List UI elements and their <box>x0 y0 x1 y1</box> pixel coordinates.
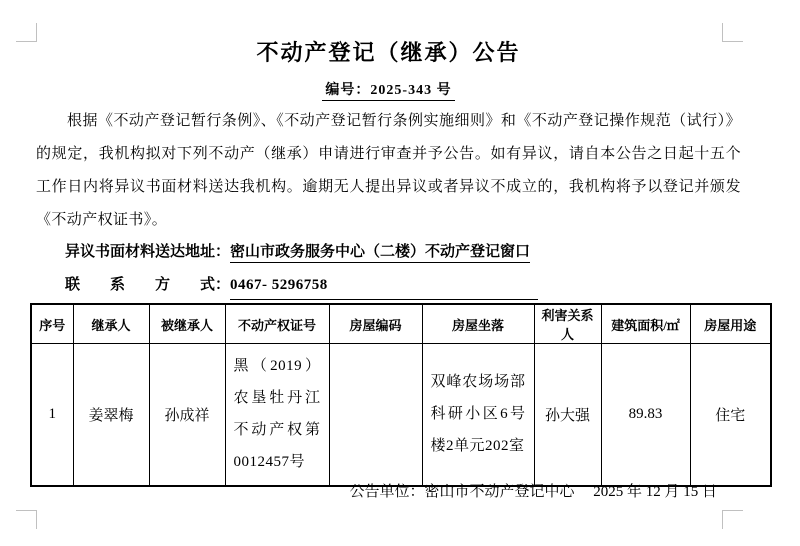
contact-line: 联 系 方 式：0467- 5296758 <box>36 273 741 300</box>
page-margin-mark-top-left <box>16 23 37 42</box>
cell-decedent: 孙成祥 <box>149 344 225 486</box>
contact-label: 联 系 方 式： <box>65 277 230 293</box>
cell-house-code <box>329 344 422 486</box>
col-header-house-location: 房屋坐落 <box>422 304 534 344</box>
cell-certificate-no: 黑（2019）农垦牡丹江不动产权第0012457号 <box>225 344 329 486</box>
page-title: 不动产登记（继承）公告 <box>36 36 741 67</box>
cell-house-location: 双峰农场场部科研小区6号楼2单元202室 <box>422 344 534 486</box>
cell-house-use: 住宅 <box>690 344 771 486</box>
col-header-stakeholder: 利害关系人 <box>534 304 601 344</box>
doc-number: 编号：2025-343 号 <box>322 83 454 101</box>
doc-number-line: 编号：2025-343 号 <box>36 79 741 99</box>
col-header-certificate-no: 不动产权证号 <box>225 304 329 344</box>
col-header-house-use: 房屋用途 <box>690 304 771 344</box>
page-margin-mark-bottom-right <box>722 510 743 529</box>
address-value: 密山市政务服务中心（二楼）不动产登记窗口 <box>230 244 530 263</box>
address-line: 异议书面材料送达地址：密山市政务服务中心（二楼）不动产登记窗口 <box>36 240 741 264</box>
cell-heir: 姜翠梅 <box>73 344 149 486</box>
col-header-floor-area: 建筑面积/㎡ <box>601 304 690 344</box>
address-label: 异议书面材料送达地址： <box>65 244 230 260</box>
col-header-decedent: 被继承人 <box>149 304 225 344</box>
col-header-house-code: 房屋编码 <box>329 304 422 344</box>
cell-index: 1 <box>31 344 73 486</box>
page-margin-mark-bottom-left <box>16 510 37 529</box>
cell-stakeholder: 孙大强 <box>534 344 601 486</box>
contact-value: 0467- 5296758 <box>230 273 538 300</box>
cell-floor-area: 89.83 <box>601 344 690 486</box>
announcement-table: 序号 继承人 被继承人 不动产权证号 房屋编码 房屋坐落 利害关系人 建筑面积/… <box>30 303 772 487</box>
col-header-heir: 继承人 <box>73 304 149 344</box>
table-header-row: 序号 继承人 被继承人 不动产权证号 房屋编码 房屋坐落 利害关系人 建筑面积/… <box>31 304 771 344</box>
document-page: 不动产登记（继承）公告 编号：2025-343 号 根据《不动产登记暂行条例》、… <box>0 0 800 546</box>
notice-paragraph: 根据《不动产登记暂行条例》、《不动产登记暂行条例实施细则》和《不动产登记操作规范… <box>36 105 741 237</box>
table-row: 1 姜翠梅 孙成祥 黑（2019）农垦牡丹江不动产权第0012457号 双峰农场… <box>31 344 771 486</box>
col-header-index: 序号 <box>31 304 73 344</box>
